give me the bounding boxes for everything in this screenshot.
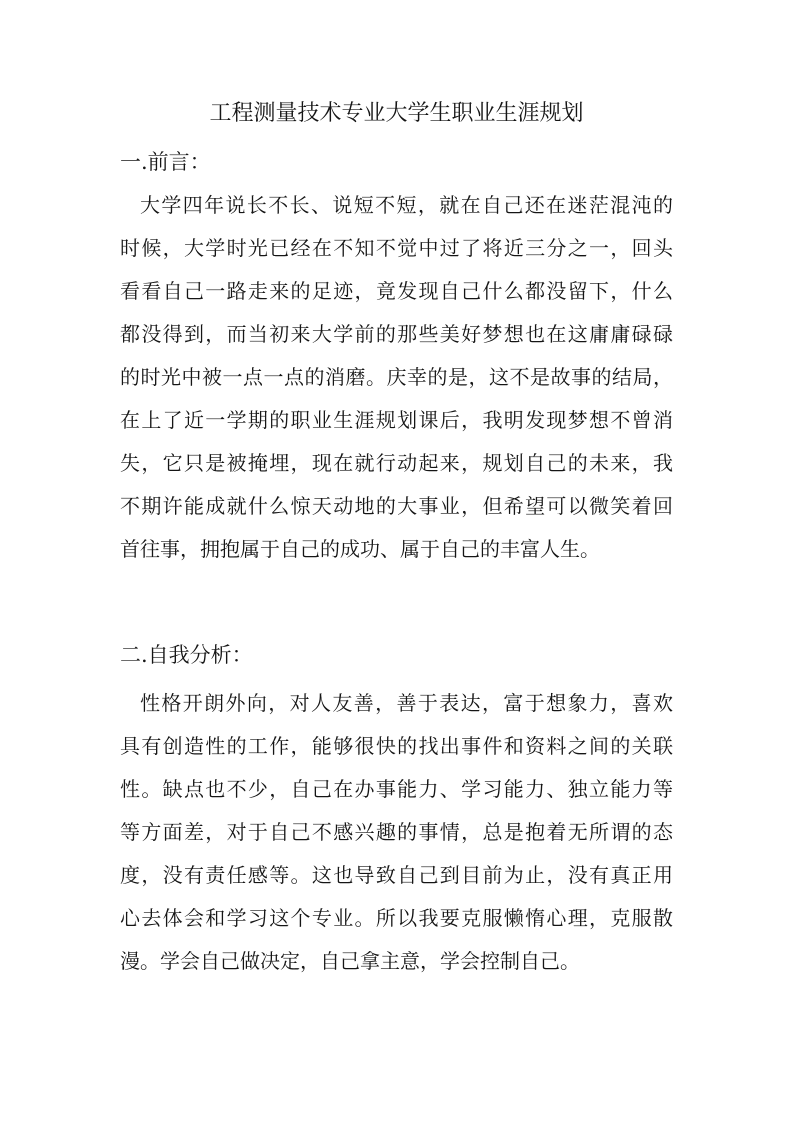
text-line: 度，没有责任感等。这也导致自己到目前为止，没有真正用 xyxy=(120,854,673,897)
text-line: 在上了近一学期的职业生涯规划课后，我明发现梦想不曾消 xyxy=(120,399,673,442)
text-line: 的时光中被一点一点的消磨。庆幸的是，这不是故事的结局， xyxy=(120,356,673,399)
text-line: 不期许能成就什么惊天动地的大事业，但希望可以微笑着回 xyxy=(120,485,673,528)
section-self-analysis-heading: 二.自我分析： xyxy=(120,634,673,677)
section-self-analysis-paragraph: 性格开朗外向，对人友善，善于表达，富于想象力，喜欢 具有创造性的工作，能够很快的… xyxy=(120,682,673,983)
section-foreword-heading: 一.前言： xyxy=(120,141,673,184)
document-page: 工程测量技术专业大学生职业生涯规划 一.前言： 大学四年说长不长、说短不短，就在… xyxy=(0,0,793,1122)
text-line: 都没得到，而当初来大学前的那些美好梦想也在这庸庸碌碌 xyxy=(120,313,673,356)
text-line: 具有创造性的工作，能够很快的找出事件和资料之间的关联 xyxy=(120,725,673,768)
text-line: 看看自己一路走来的足迹，竟发现自己什么都没留下，什么 xyxy=(120,270,673,313)
text-line: 性格开朗外向，对人友善，善于表达，富于想象力，喜欢 xyxy=(120,682,673,725)
text-line: 时候，大学时光已经在不知不觉中过了将近三分之一，回头 xyxy=(120,227,673,270)
text-line: 等方面差，对于自己不感兴趣的事情，总是抱着无所谓的态 xyxy=(120,811,673,854)
text-line: 大学四年说长不长、说短不短，就在自己还在迷茫混沌的 xyxy=(120,184,673,227)
document-title: 工程测量技术专业大学生职业生涯规划 xyxy=(120,92,673,135)
text-line: 心去体会和学习这个专业。所以我要克服懒惰心理，克服散 xyxy=(120,897,673,940)
text-line: 性。缺点也不少，自己在办事能力、学习能力、独立能力等 xyxy=(120,768,673,811)
section-foreword-paragraph: 大学四年说长不长、说短不短，就在自己还在迷茫混沌的 时候，大学时光已经在不知不觉… xyxy=(120,184,673,571)
document-content: 工程测量技术专业大学生职业生涯规划 一.前言： 大学四年说长不长、说短不短，就在… xyxy=(120,92,673,983)
text-line: 漫。学会自己做决定，自己拿主意，学会控制自己。 xyxy=(120,940,673,983)
text-line: 失，它只是被掩埋，现在就行动起来，规划自己的未来，我 xyxy=(120,442,673,485)
text-line: 首往事，拥抱属于自己的成功、属于自己的丰富人生。 xyxy=(120,528,673,571)
